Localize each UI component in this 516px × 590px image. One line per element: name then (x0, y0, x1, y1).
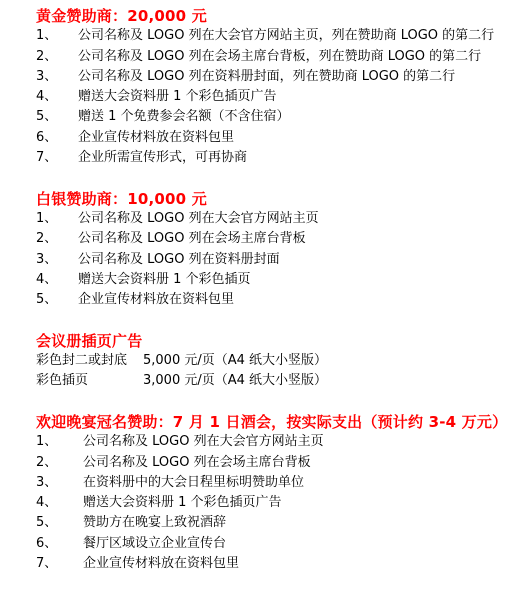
section-gap (36, 310, 498, 330)
item-number: 5、 (36, 513, 83, 533)
section-silver-sponsor: 白银赞助商：10,000 元 1、 公司名称及 LOGO 列在大会官方网站主页 … (36, 189, 498, 311)
list-item: 2、 公司名称及 LOGO 列在会场主席台背板 (36, 229, 498, 249)
price-value: 5,000 元/页（A4 纸大小竖版） (143, 351, 327, 371)
item-text: 公司名称及 LOGO 列在资料册封面，列在赞助商 LOGO 的第二行 (78, 67, 498, 87)
item-text: 企业宣传材料放在资料包里 (78, 290, 498, 310)
item-number: 5、 (36, 107, 78, 127)
item-text: 赠送大会资料册 1 个彩色插页 (78, 270, 498, 290)
list-item: 7、 企业所需宣传形式，可再协商 (36, 148, 498, 168)
list-item: 4、 赠送大会资料册 1 个彩色插页广告 (36, 493, 498, 513)
list-item: 3、 在资料册中的大会日程里标明赞助单位 (36, 473, 498, 493)
item-text: 赠送大会资料册 1 个彩色插页广告 (83, 493, 498, 513)
item-number: 2、 (36, 47, 78, 67)
list-item: 6、 企业宣传材料放在资料包里 (36, 128, 498, 148)
item-number: 3、 (36, 473, 83, 493)
list-item: 2、 公司名称及 LOGO 列在会场主席台背板 (36, 453, 498, 473)
item-number: 1、 (36, 432, 83, 452)
list-item: 2、 公司名称及 LOGO 列在会场主席台背板，列在赞助商 LOGO 的第二行 (36, 47, 498, 67)
list-item: 7、 企业宣传材料放在资料包里 (36, 554, 498, 574)
item-text: 公司名称及 LOGO 列在大会官方网站主页，列在赞助商 LOGO 的第二行 (78, 26, 498, 46)
list-item: 4、 赠送大会资料册 1 个彩色插页 (36, 270, 498, 290)
item-text: 赠送大会资料册 1 个彩色插页广告 (78, 87, 498, 107)
sponsorship-document: 黄金赞助商：20,000 元 1、 公司名称及 LOGO 列在大会官方网站主页，… (0, 0, 516, 574)
item-number: 6、 (36, 128, 78, 148)
section-gap (36, 392, 498, 412)
item-number: 1、 (36, 26, 78, 46)
silver-sponsor-heading: 白银赞助商：10,000 元 (36, 189, 498, 209)
item-text: 公司名称及 LOGO 列在会场主席台背板，列在赞助商 LOGO 的第二行 (78, 47, 498, 67)
item-text: 企业宣传材料放在资料包里 (83, 554, 498, 574)
item-text: 在资料册中的大会日程里标明赞助单位 (83, 473, 498, 493)
price-value: 3,000 元/页（A4 纸大小竖版） (143, 371, 327, 391)
item-number: 6、 (36, 534, 83, 554)
list-item: 1、 公司名称及 LOGO 列在大会官方网站主页，列在赞助商 LOGO 的第二行 (36, 26, 498, 46)
item-text: 赠送 1 个免费参会名额（不含住宿） (78, 107, 498, 127)
price-line: 彩色封二或封底 5,000 元/页（A4 纸大小竖版） (36, 351, 498, 371)
item-number: 5、 (36, 290, 78, 310)
item-text: 企业宣传材料放在资料包里 (78, 128, 498, 148)
list-item: 1、 公司名称及 LOGO 列在大会官方网站主页 (36, 209, 498, 229)
section-gap (36, 168, 498, 188)
section-booklet-insert-ads: 会议册插页广告 彩色封二或封底 5,000 元/页（A4 纸大小竖版） 彩色插页… (36, 331, 498, 392)
gold-sponsor-heading: 黄金赞助商：20,000 元 (36, 6, 498, 26)
list-item: 1、 公司名称及 LOGO 列在大会官方网站主页 (36, 432, 498, 452)
item-number: 7、 (36, 554, 83, 574)
item-number: 4、 (36, 270, 78, 290)
list-item: 6、 餐厅区域设立企业宣传台 (36, 534, 498, 554)
list-item: 3、 公司名称及 LOGO 列在资料册封面，列在赞助商 LOGO 的第二行 (36, 67, 498, 87)
welcome-dinner-heading: 欢迎晚宴冠名赞助：7 月 1 日酒会，按实际支出（预计约 3-4 万元） (36, 412, 498, 432)
item-text: 公司名称及 LOGO 列在大会官方网站主页 (78, 209, 498, 229)
item-text: 公司名称及 LOGO 列在大会官方网站主页 (83, 432, 498, 452)
list-item: 3、 公司名称及 LOGO 列在资料册封面 (36, 250, 498, 270)
item-number: 1、 (36, 209, 78, 229)
list-item: 4、 赠送大会资料册 1 个彩色插页广告 (36, 87, 498, 107)
item-text: 赞助方在晚宴上致祝酒辞 (83, 513, 498, 533)
price-label: 彩色封二或封底 (36, 351, 143, 371)
price-line: 彩色插页 3,000 元/页（A4 纸大小竖版） (36, 371, 498, 391)
item-number: 2、 (36, 229, 78, 249)
section-gold-sponsor: 黄金赞助商：20,000 元 1、 公司名称及 LOGO 列在大会官方网站主页，… (36, 6, 498, 168)
section-welcome-dinner-sponsor: 欢迎晚宴冠名赞助：7 月 1 日酒会，按实际支出（预计约 3-4 万元） 1、 … (36, 412, 498, 574)
item-number: 3、 (36, 250, 78, 270)
list-item: 5、 赞助方在晚宴上致祝酒辞 (36, 513, 498, 533)
item-number: 4、 (36, 493, 83, 513)
item-text: 公司名称及 LOGO 列在会场主席台背板 (83, 453, 498, 473)
item-number: 3、 (36, 67, 78, 87)
item-number: 7、 (36, 148, 78, 168)
item-text: 公司名称及 LOGO 列在会场主席台背板 (78, 229, 498, 249)
item-text: 企业所需宣传形式，可再协商 (78, 148, 498, 168)
booklet-ads-heading: 会议册插页广告 (36, 331, 498, 351)
item-text: 公司名称及 LOGO 列在资料册封面 (78, 250, 498, 270)
item-text: 餐厅区域设立企业宣传台 (83, 534, 498, 554)
list-item: 5、 赠送 1 个免费参会名额（不含住宿） (36, 107, 498, 127)
item-number: 4、 (36, 87, 78, 107)
item-number: 2、 (36, 453, 83, 473)
price-label: 彩色插页 (36, 371, 143, 391)
list-item: 5、 企业宣传材料放在资料包里 (36, 290, 498, 310)
